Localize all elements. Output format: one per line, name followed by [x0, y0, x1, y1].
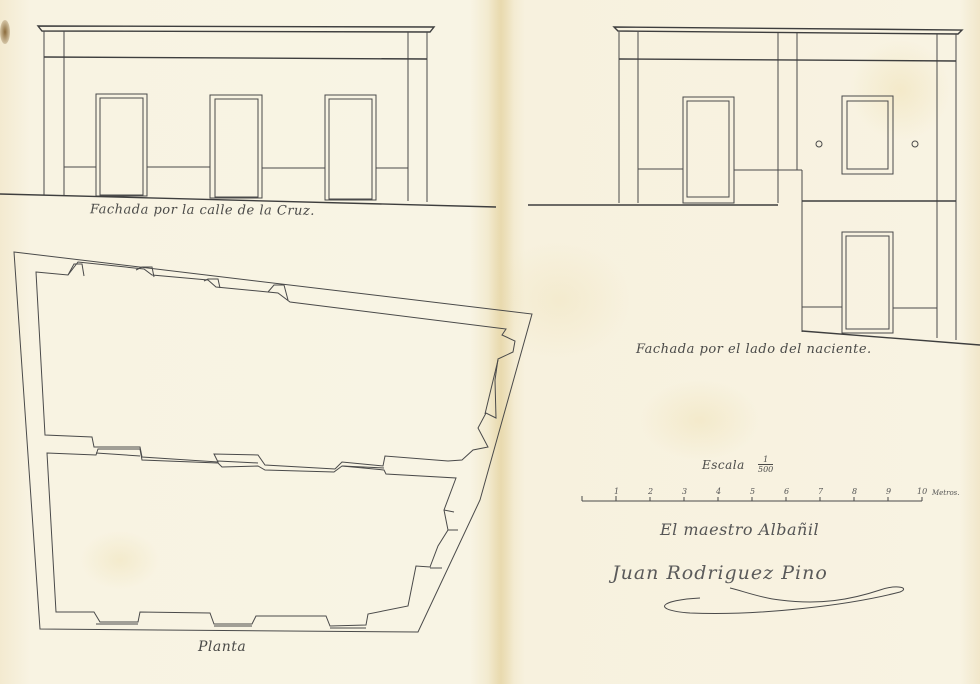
scale-tick-label: 9 [886, 487, 891, 496]
scale-numerator: 1 [758, 455, 773, 465]
signature-title: El maestro Albañil [660, 520, 819, 539]
scale-bar [582, 496, 922, 501]
scale-tick-label: 5 [750, 487, 755, 496]
floor-plan-drawing [14, 252, 532, 632]
scale-title: Escala [702, 458, 745, 472]
scale-tick-label: 4 [716, 487, 721, 496]
facade-naciente-caption: Fachada por el lado del naciente. [636, 342, 872, 357]
scale-denominator: 500 [758, 465, 773, 474]
scale-tick-label: 8 [852, 487, 857, 496]
scale-tick-label: 1 [614, 487, 619, 496]
drawing-sheet: Fachada por la calle de la Cruz. Fachada… [0, 0, 980, 684]
scale-tick-label: 2 [648, 487, 653, 496]
plan-caption: Planta [198, 639, 246, 655]
scale-tick-label: 6 [784, 487, 789, 496]
scale-tick-label: 7 [818, 487, 823, 496]
signature-flourish [665, 587, 904, 614]
scale-fraction: 1 500 [758, 455, 773, 474]
facade-naciente-drawing [528, 27, 980, 345]
scale-tick-label: 3 [682, 487, 687, 496]
facade-cruz-drawing [0, 26, 496, 207]
signature-name: Juan Rodriguez Pino [612, 562, 828, 584]
scale-unit: Metros. [932, 489, 960, 497]
facade-cruz-caption: Fachada por la calle de la Cruz. [90, 202, 315, 219]
scale-tick-label: 10 [917, 487, 927, 496]
